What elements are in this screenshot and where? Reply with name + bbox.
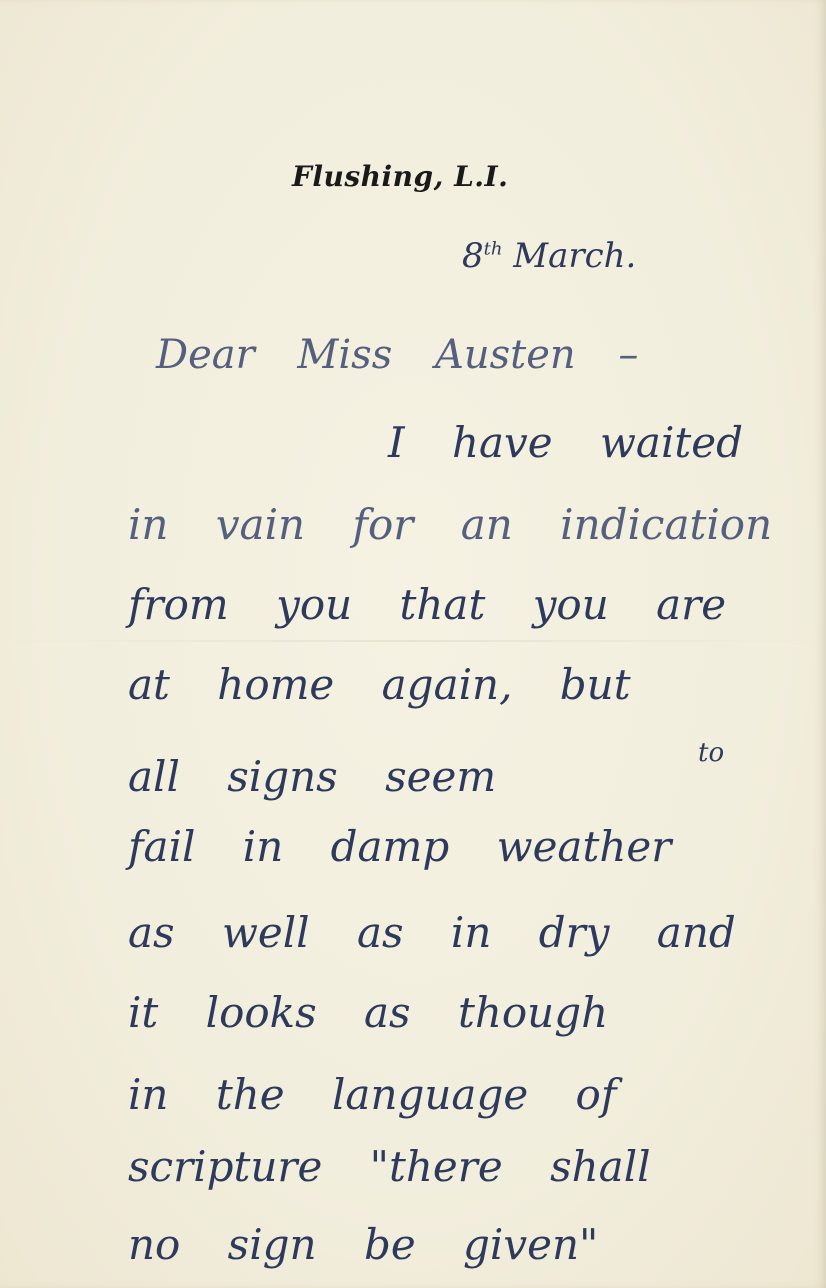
letter-line: it looks as though [128,988,608,1037]
letter-page: Flushing, L.I. 8th March. Dear Miss Aust… [0,0,826,1288]
letterhead: Flushing, L.I. [292,160,532,193]
letter-date: 8th March. [462,236,636,276]
salutation: Dear Miss Austen – [156,332,638,378]
date-day: 8 [462,236,484,276]
letter-line: I have waited [388,418,743,467]
line-insertion: to [698,738,724,768]
date-suffix: th [484,239,503,260]
letter-line: in vain for an indication [128,500,772,549]
date-month: March. [513,236,636,276]
letter-line: all signs seem [128,752,496,801]
letter-line: no sign be given" [128,1220,598,1269]
letter-line: in the language of [128,1070,616,1119]
letter-line: from you that you are [128,580,726,629]
letter-line: at home again, but [128,660,631,709]
paper-fold-crease [0,640,826,642]
letter-line: fail in damp weather [128,822,671,871]
letter-line: scripture "there shall [128,1142,651,1191]
letter-line: as well as in dry and [128,908,736,957]
